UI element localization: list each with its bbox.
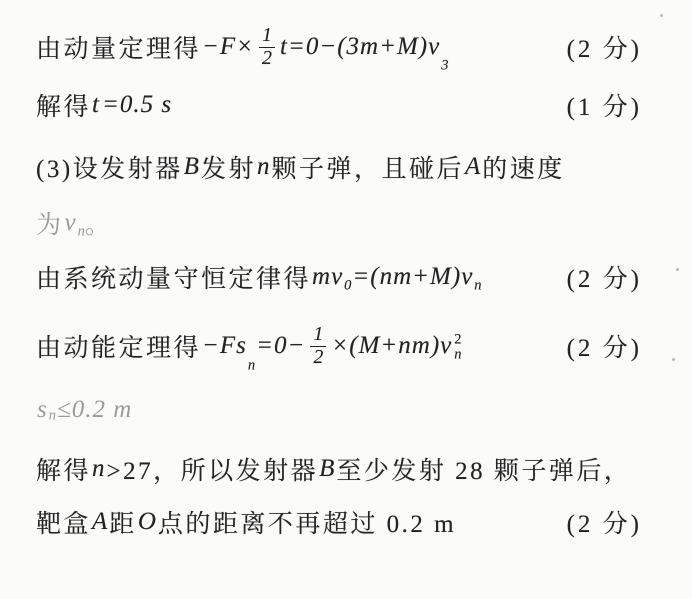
fraction-numerator: 1 (313, 324, 323, 346)
text-run: 由动量定理得 (36, 29, 201, 65)
text-run: 发射 (201, 149, 256, 185)
math-run: =(nm+M)v (351, 263, 474, 291)
subscript: n (454, 347, 461, 362)
text-run: 的速度 (482, 149, 565, 185)
text-run: >27，所以发射器 (107, 451, 319, 487)
math-run: ×(M+nm)v (330, 332, 453, 360)
sup-sub-stack: 2n (454, 332, 461, 362)
subscript: n (474, 277, 481, 294)
subscript: n (248, 357, 255, 374)
math-run: =0.5 s (101, 91, 173, 119)
math-run: O (137, 508, 158, 536)
math-run: ≤0.2 m (56, 396, 133, 424)
text-run: 由动能定理得 (36, 328, 201, 364)
solution-line-5: 由系统动量守恒定律得 mv0=(nm+M)vn(2 分) (36, 256, 642, 298)
fraction-denominator: 2 (310, 346, 326, 369)
subscript: n (78, 223, 85, 240)
math-run: −Fs (201, 332, 248, 360)
text-run: 由系统动量守恒定律得 (36, 259, 311, 295)
text-run: 点的距离不再超过 0.2 m (158, 504, 456, 540)
scan-speck (672, 358, 675, 361)
solution-line-3: (3)设发射器 B 发射 n 颗子弹，且碰后 A 的速度 (36, 146, 642, 188)
text-run: 距 (109, 504, 137, 540)
math-run: t (91, 91, 101, 119)
text-run: 靶盒 (36, 504, 91, 540)
solution-line-7: sn≤0.2 m (36, 392, 642, 428)
score-label: (2 分) (567, 328, 642, 364)
math-run: v (64, 209, 78, 237)
superscript: 2 (454, 332, 461, 347)
text-run: 解得 (36, 87, 91, 123)
solution-line-6: 由动能定理得−Fsn=0−12×(M+nm)v2n(2 分) (36, 314, 642, 378)
solution-line-2: 解得 t=0.5 s(1 分) (36, 86, 642, 124)
math-run: B (318, 455, 336, 483)
math-run: n (256, 153, 272, 181)
text-run: 为 (36, 205, 64, 241)
solution-line-8: 解得 n>27，所以发射器 B 至少发射 28 颗子弹后， (36, 448, 642, 490)
math-run: n (91, 455, 107, 483)
text-run: (3)设发射器 (36, 149, 183, 185)
scanned-solution-page: 由动量定理得−F×12t=0−(3m+M)v3(2 分)解得 t=0.5 s(1… (0, 0, 692, 599)
subscript: 0 (344, 277, 351, 294)
math-run: mv (311, 263, 344, 291)
text-run: 至少发射 28 颗子弹后， (336, 451, 631, 487)
scan-speck (660, 14, 663, 17)
score-label: (2 分) (567, 29, 642, 65)
fraction-numerator: 1 (262, 25, 272, 47)
math-run: =0− (255, 332, 306, 360)
math-run: A (464, 153, 482, 181)
subscript: n (49, 407, 56, 424)
score-label: (2 分) (567, 259, 642, 295)
solution-line-9: 靶盒 A 距 O 点的距离不再超过 0.2 m(2 分) (36, 501, 642, 543)
fraction: 12 (310, 324, 326, 368)
score-label: (2 分) (567, 504, 642, 540)
math-run: s (36, 396, 49, 424)
text-run: 。 (85, 205, 113, 241)
math-run: B (183, 153, 201, 181)
math-run: A (91, 508, 109, 536)
fraction: 12 (259, 25, 275, 69)
fraction-denominator: 2 (259, 47, 275, 70)
solution-line-4: 为 vn。 (36, 202, 642, 244)
scan-speck (676, 268, 679, 271)
math-run: t=0−(3m+M)v (279, 33, 441, 61)
text-run: 颗子弹，且碰后 (271, 149, 464, 185)
subscript: 3 (441, 57, 448, 74)
text-run: 解得 (36, 451, 91, 487)
solution-line-1: 由动量定理得−F×12t=0−(3m+M)v3(2 分) (36, 16, 642, 78)
score-label: (1 分) (567, 87, 642, 123)
math-run: −F× (201, 33, 255, 61)
